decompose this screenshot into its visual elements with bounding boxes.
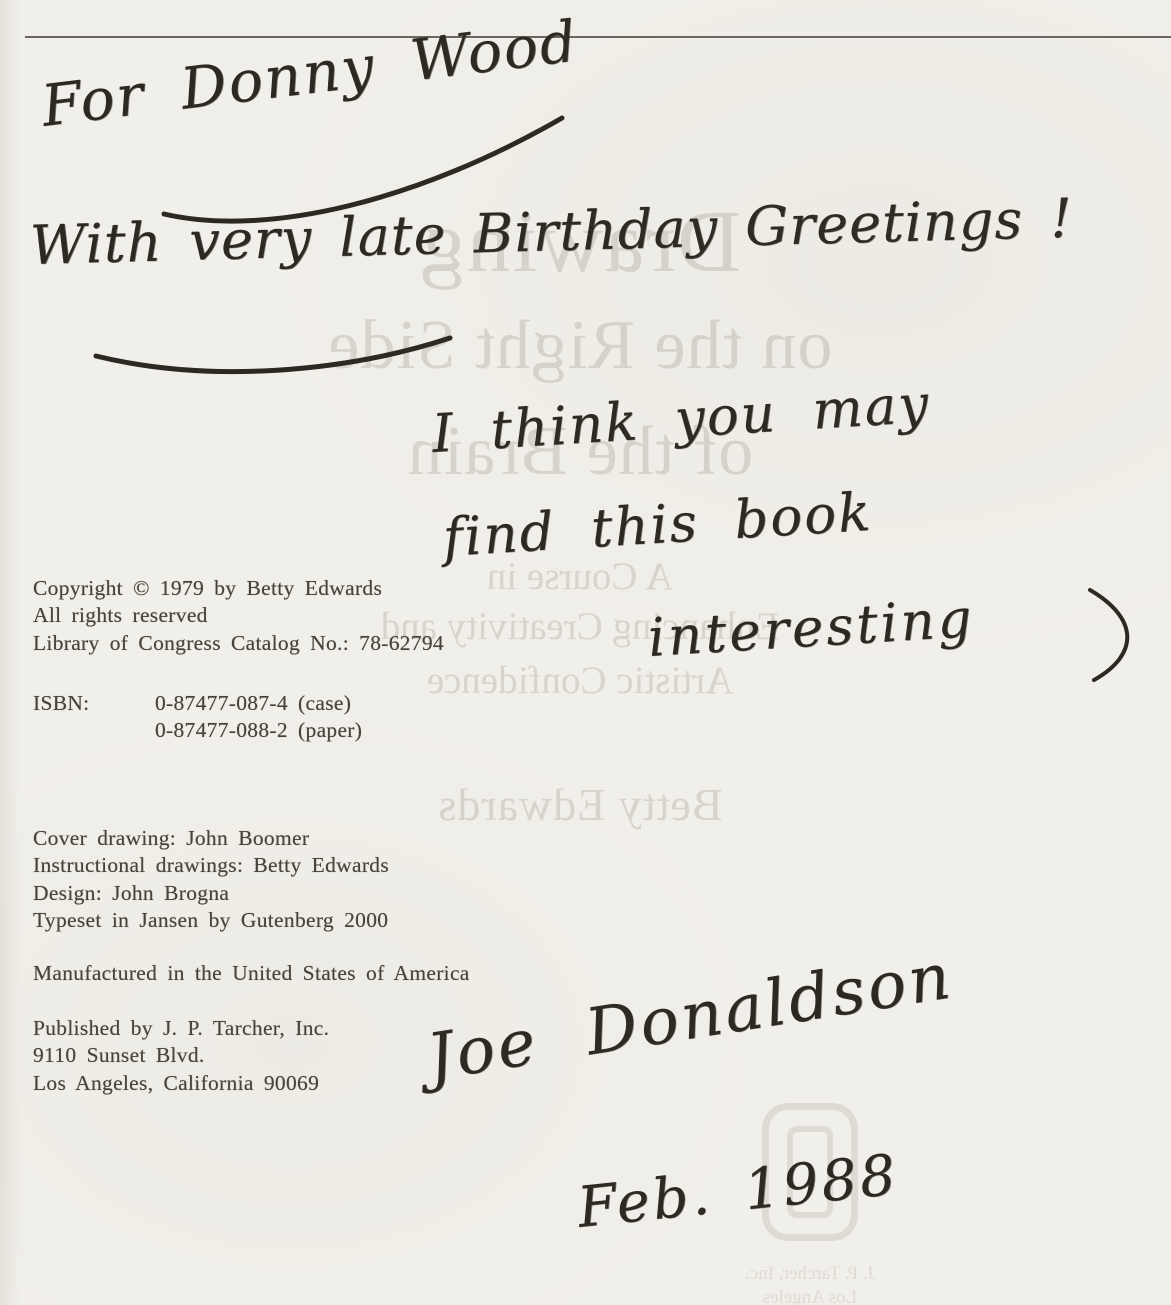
publisher-line-street: 9110 Sunset Blvd. [33,1042,329,1069]
publisher-line-city: Los Angeles, California 90069 [33,1070,329,1097]
showthrough-publisher-name: J. P. Tarcher, Inc. [700,1263,920,1285]
isbn-block: ISBN: 0-87477-087-4 (case) 0-87477-088-2… [33,690,362,745]
greeting-prefix: With [29,211,163,277]
rights-line: All rights reserved [33,602,444,629]
flourish-stroke [1090,590,1127,680]
publisher-line-name: Published by J. P. Tarcher, Inc. [33,1015,329,1042]
copyright-block: Copyright © 1979 by Betty Edwards All ri… [33,575,444,657]
credits-block: Cover drawing: John Boomer Instructional… [33,825,389,935]
publisher-block: Published by J. P. Tarcher, Inc. 9110 Su… [33,1015,329,1097]
isbn-label: ISBN: [33,690,155,745]
credit-line-design: Design: John Brogna [33,880,389,907]
credit-line-cover: Cover drawing: John Boomer [33,825,389,852]
showthrough-publisher-city: Los Angeles [700,1287,920,1305]
copyright-line: Copyright © 1979 by Betty Edwards [33,575,444,602]
showthrough-author: Betty Edwards [215,778,945,831]
flourish-stroke [96,338,450,372]
signature-name: Joe Donaldson [422,939,958,1095]
isbn-values: 0-87477-087-4 (case) 0-87477-088-2 (pape… [155,690,362,745]
interesting-closing-flourish [1082,584,1148,684]
page-top-rule [25,36,1171,38]
greeting-underlined-words: very late [189,203,448,273]
credit-line-typeset: Typeset in Jansen by Gutenberg 2000 [33,907,389,934]
lccn-line: Library of Congress Catalog No.: 78-6279… [33,630,444,657]
credit-line-instructional: Instructional drawings: Betty Edwards [33,852,389,879]
manufactured-line: Manufactured in the United States of Ame… [33,960,470,987]
verylate-underline-flourish [90,332,458,384]
isbn-paper-line: 0-87477-088-2 (paper) [155,717,362,744]
isbn-case-line: 0-87477-087-4 (case) [155,690,362,717]
book-copyright-page: Drawing on the Right Side of the Brain A… [0,0,1171,1305]
